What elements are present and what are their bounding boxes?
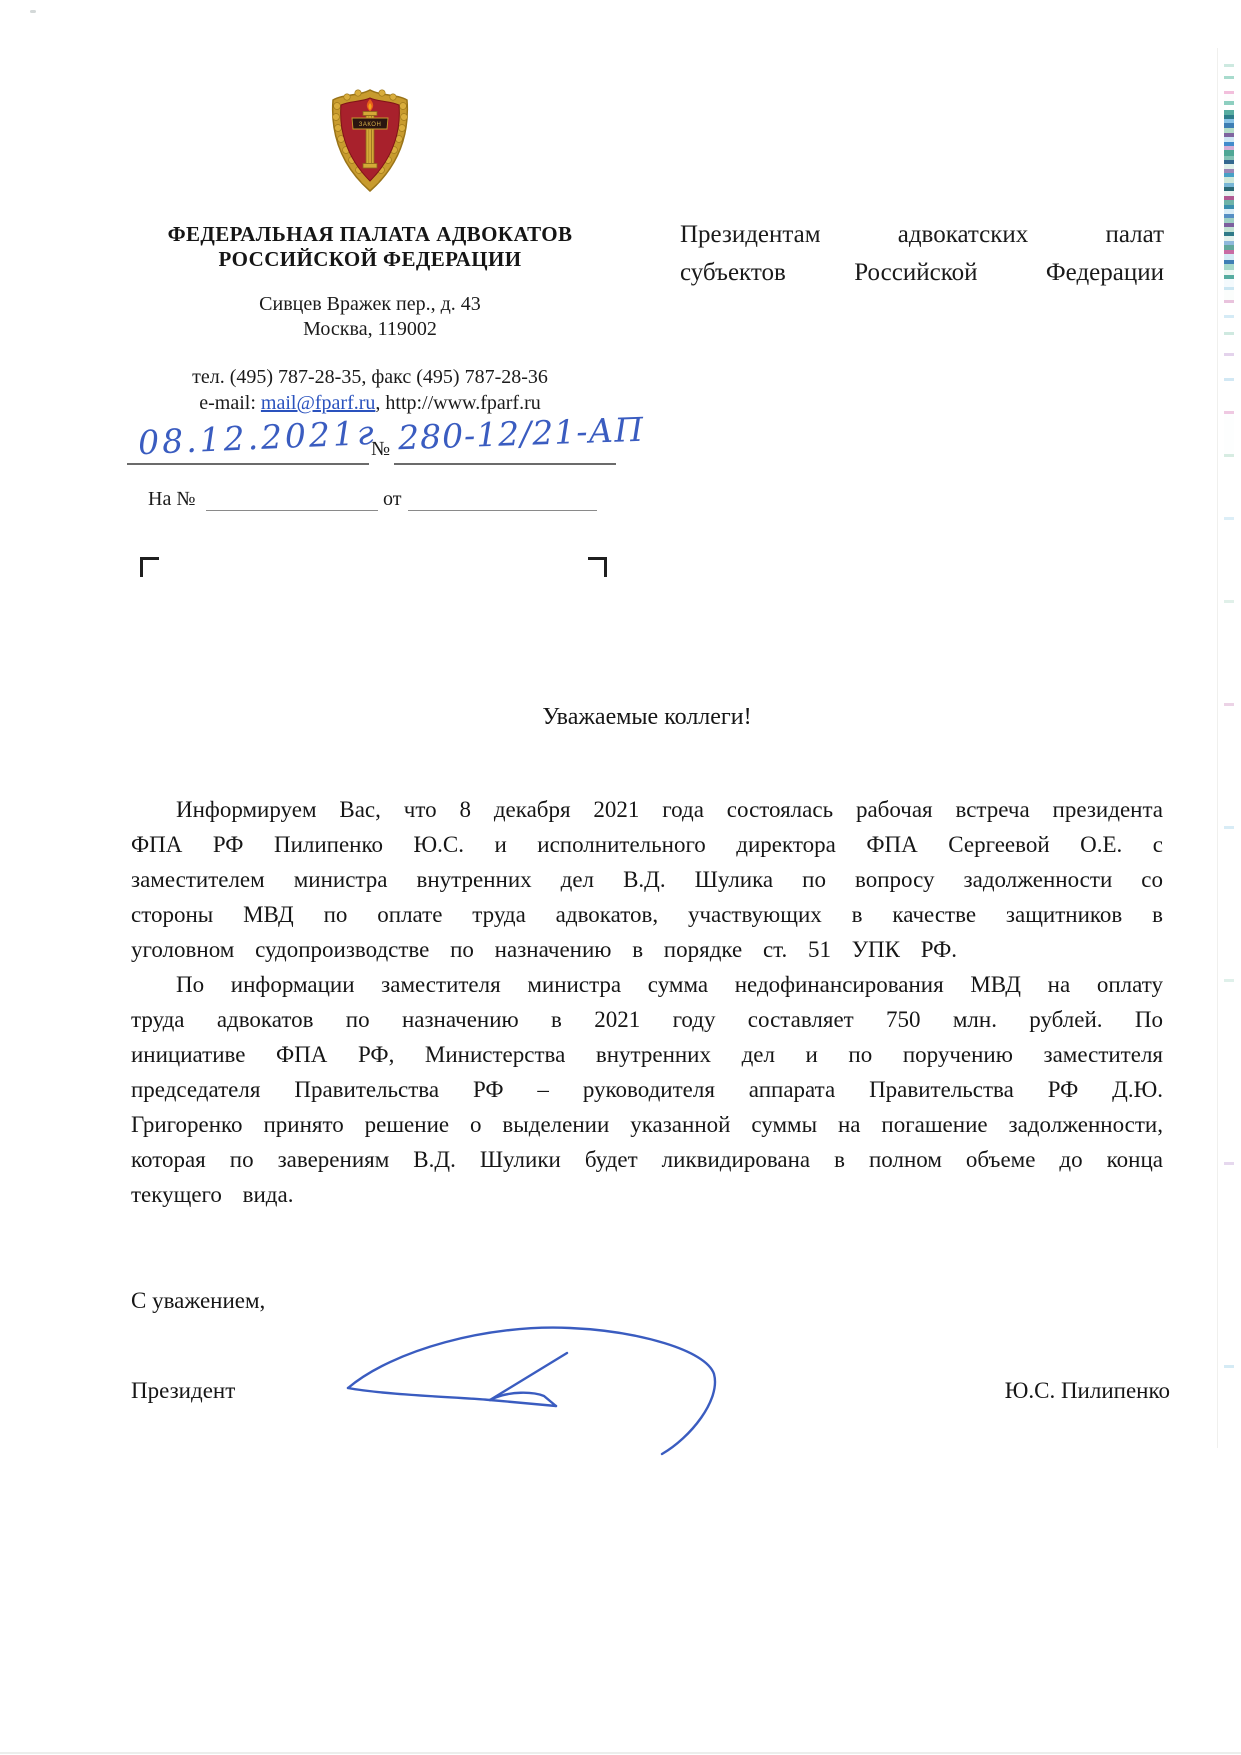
org-address-line2: Москва, 119002 xyxy=(131,317,609,342)
scan-artifact-strip xyxy=(1224,48,1234,1548)
reply-number-underline xyxy=(206,510,378,511)
scan-edge-line xyxy=(1217,48,1218,1448)
recipient-line1: Президентам адвокатских палат xyxy=(680,216,1164,254)
body-paragraph-1: Информируем Вас, что 8 декабря 2021 года… xyxy=(131,792,1163,967)
president-signature xyxy=(338,1322,730,1467)
reply-number-label: На № xyxy=(148,488,195,511)
org-address: Сивцев Вражек пер., д. 43 Москва, 119002 xyxy=(131,292,609,342)
closing-regards: С уважением, xyxy=(131,1288,265,1314)
scan-bottom-edge xyxy=(0,1752,1241,1754)
email-prefix: e-mail: xyxy=(199,392,261,414)
letter-page: ЗАКОН ФЕДЕРАЛЬНАЯ ПАЛАТА АДВОКАТОВ РОССИ… xyxy=(0,0,1241,1755)
scan-speck xyxy=(30,10,36,13)
org-contacts: тел. (495) 787-28-35, факс (495) 787-28-… xyxy=(131,364,609,416)
org-name-line1: ФЕДЕРАЛЬНАЯ ПАЛАТА АДВОКАТОВ xyxy=(131,222,609,247)
signer-title: Президент xyxy=(131,1378,235,1404)
address-corner-left-icon xyxy=(140,557,159,577)
signer-name: Ю.С. Пилипенко xyxy=(1005,1378,1170,1404)
org-phone-line: тел. (495) 787-28-35, факс (495) 787-28-… xyxy=(131,364,609,390)
recipient-line2: субъектов Российской Федерации xyxy=(680,254,1164,292)
recipient-block: Президентам адвокатских палат субъектов … xyxy=(680,216,1164,292)
org-address-line1: Сивцев Вражек пер., д. 43 xyxy=(131,292,609,317)
body-paragraph-2: По информации заместителя министра сумма… xyxy=(131,967,1163,1212)
fpa-emblem-logo-icon: ЗАКОН xyxy=(323,84,417,197)
letterhead-block: ФЕДЕРАЛЬНАЯ ПАЛАТА АДВОКАТОВ РОССИЙСКОЙ … xyxy=(131,222,609,272)
reply-date-underline xyxy=(408,510,597,511)
org-name-line2: РОССИЙСКОЙ ФЕДЕРАЦИИ xyxy=(131,247,609,272)
letter-body: Информируем Вас, что 8 декабря 2021 года… xyxy=(131,792,1163,1212)
handwritten-date: 08.12.2021г xyxy=(137,413,377,462)
email-suffix: , http://www.fparf.ru xyxy=(375,392,540,414)
number-underline xyxy=(394,463,616,465)
email-link[interactable]: mail@fparf.ru xyxy=(261,392,375,414)
date-underline xyxy=(127,463,369,465)
svg-text:ЗАКОН: ЗАКОН xyxy=(359,122,382,128)
number-sign: № xyxy=(371,438,390,461)
address-corner-right-icon xyxy=(588,557,607,577)
reply-from-label: от xyxy=(383,488,401,511)
salutation: Уважаемые коллеги! xyxy=(131,704,1163,731)
handwritten-outgoing-number: 280-12/21-АП xyxy=(397,410,644,458)
